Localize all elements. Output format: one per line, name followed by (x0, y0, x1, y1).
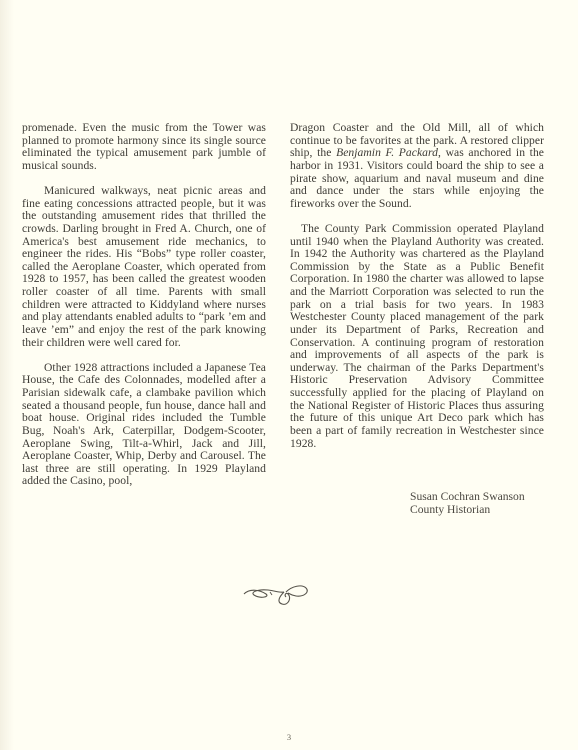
paragraph-rides: Manicured walkways, neat picnic areas an… (22, 185, 266, 349)
left-column: promenade. Even the music from the Tower… (22, 122, 266, 501)
paragraph-promenade: promenade. Even the music from the Tower… (22, 122, 266, 173)
author-title: County Historian (410, 503, 525, 516)
author-name: Susan Cochran Swanson (410, 490, 525, 503)
right-column: Dragon Coaster and the Old Mill, all of … (290, 122, 544, 463)
paragraph-dragon-coaster: Dragon Coaster and the Old Mill, all of … (290, 122, 544, 210)
flourish-ornament-icon (240, 580, 316, 610)
page-edge-shadow (0, 0, 14, 750)
paragraph-county-commission: The County Park Commission operated Play… (290, 223, 544, 450)
ship-name: Benjamin F. Packard (336, 146, 438, 159)
page-number: 3 (0, 732, 578, 742)
paragraph-attractions: Other 1928 attractions included a Japane… (22, 362, 266, 488)
signature-block: Susan Cochran Swanson County Historian (410, 490, 525, 516)
